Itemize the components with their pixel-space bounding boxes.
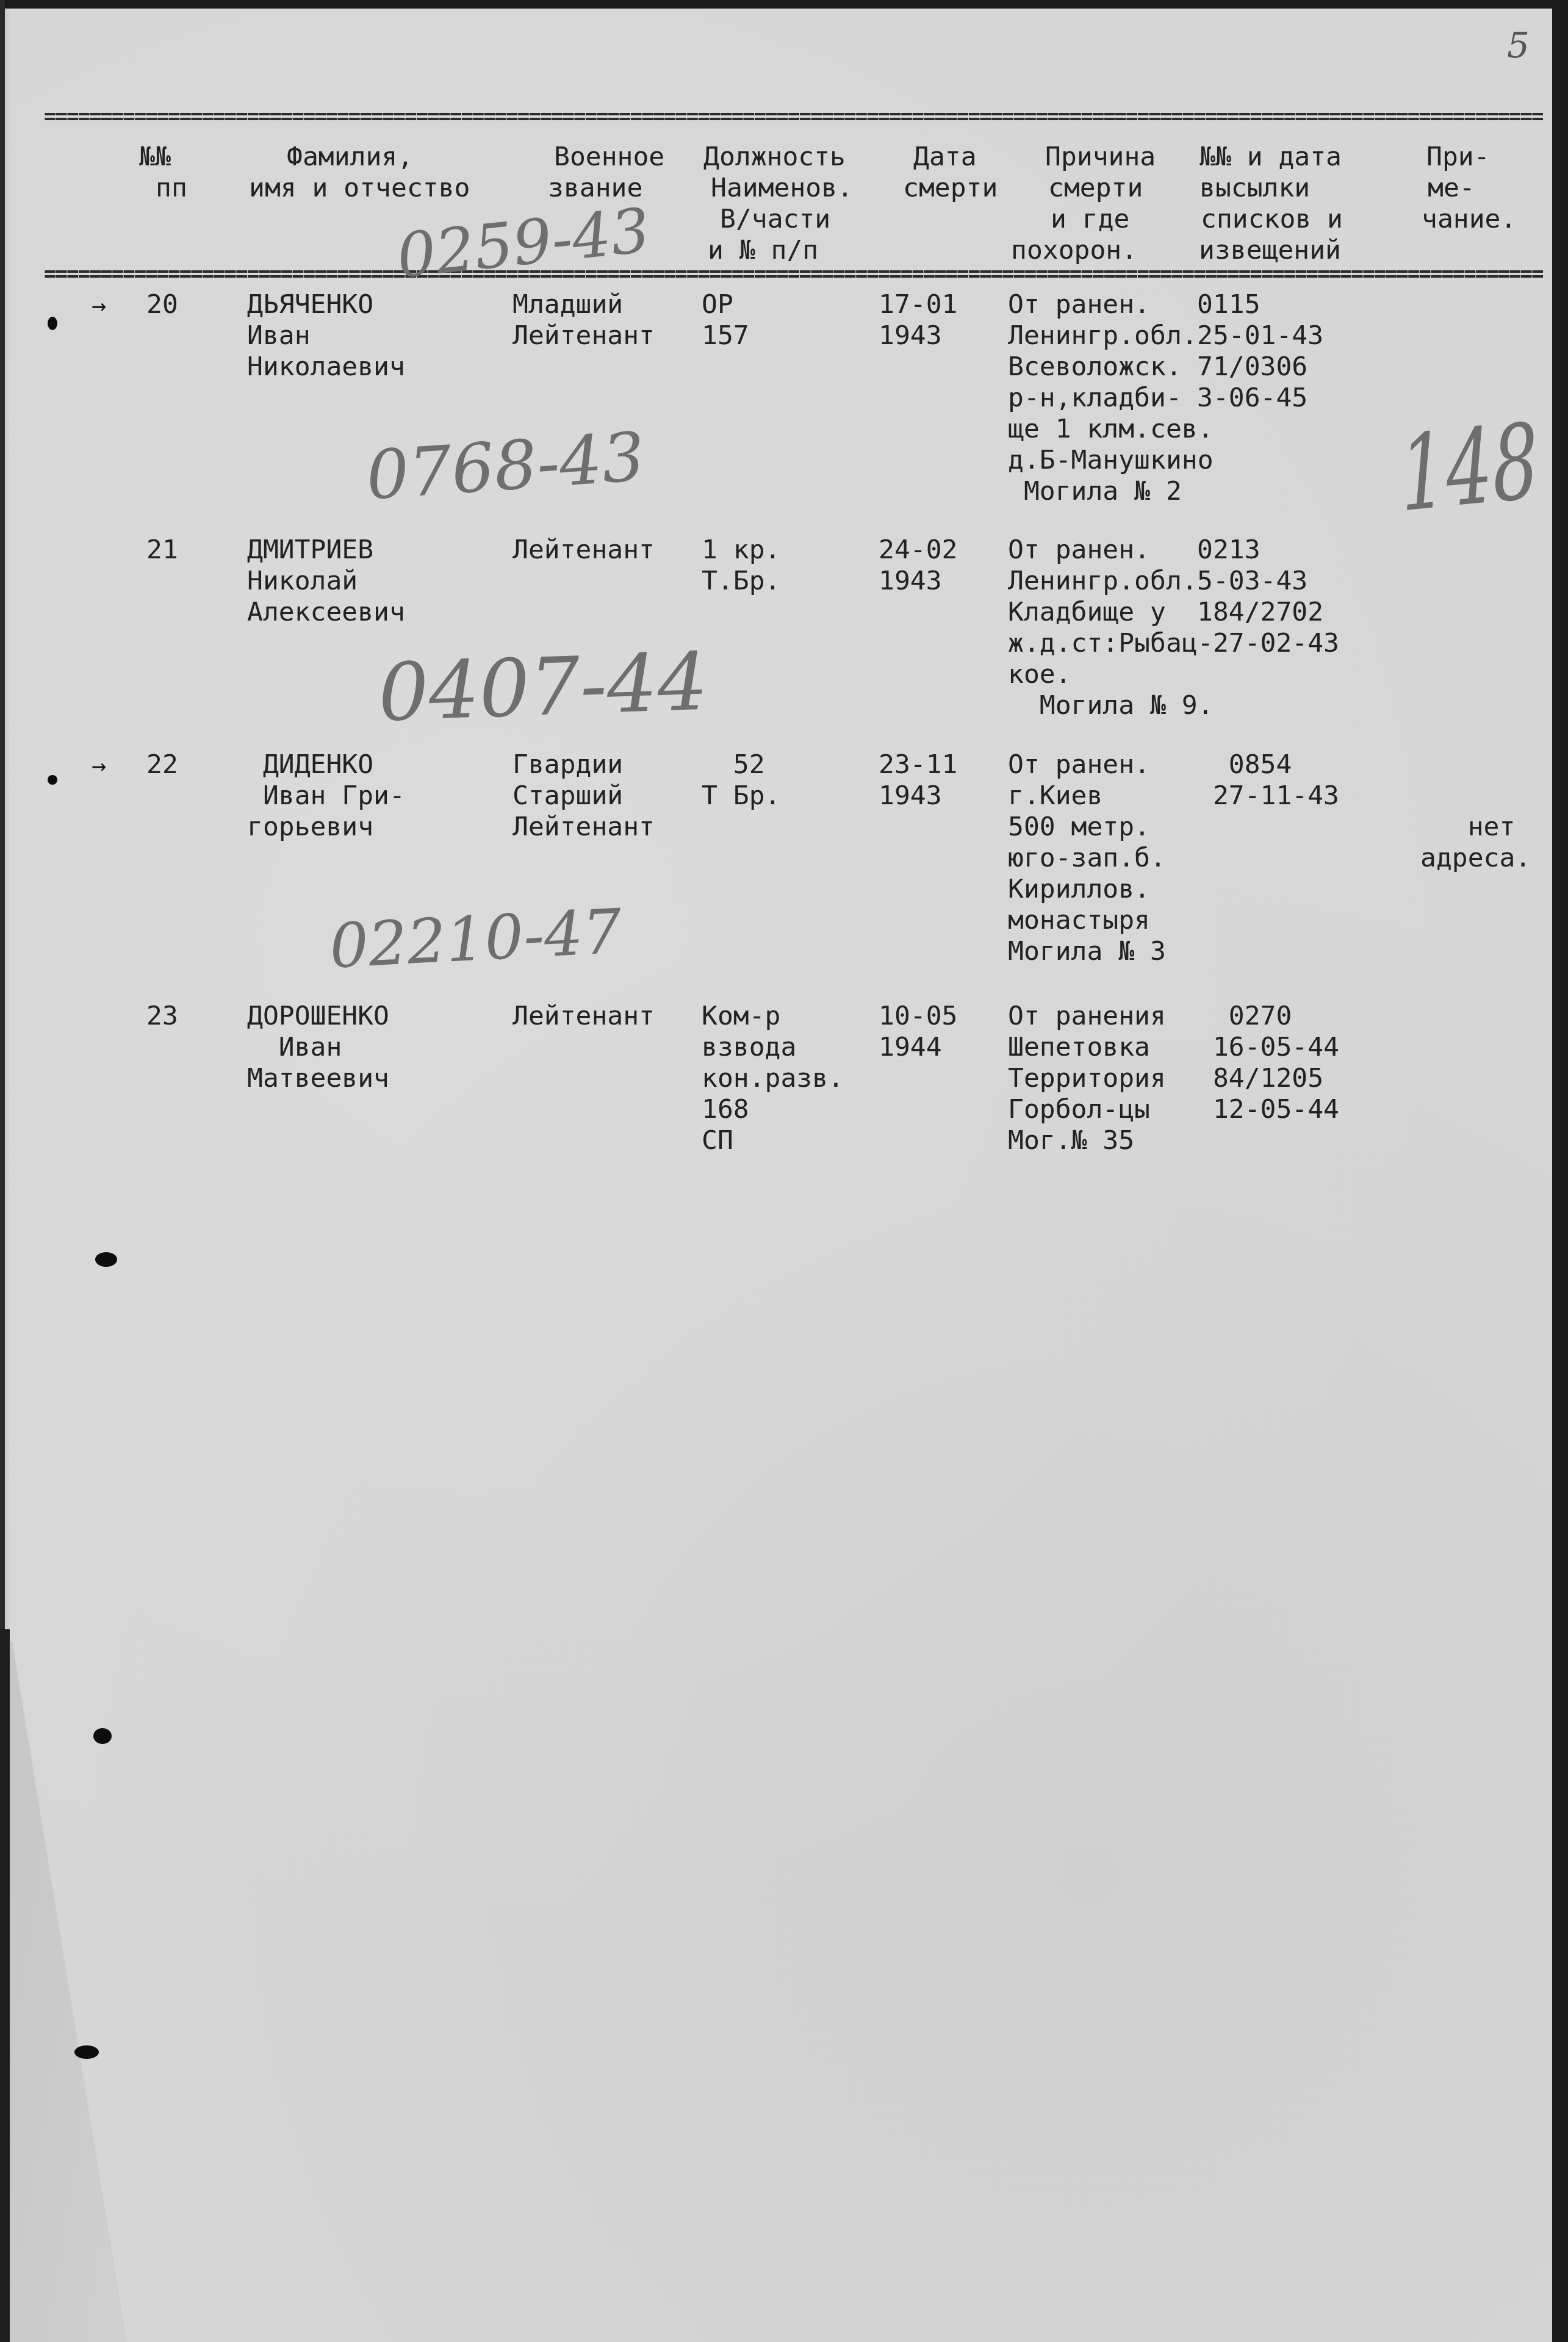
cell-lists: 0213 (1197, 535, 1261, 566)
cell-position: Т.Бр. (702, 566, 780, 597)
cell-cause: Кириллов. (1008, 874, 1150, 905)
header-separator: ========================================… (44, 268, 1544, 279)
cell-name: ДОРОШЕНКО (247, 1001, 389, 1032)
top-separator: ========================================… (44, 111, 1544, 122)
cell-cause: 500 метр. (1008, 812, 1150, 843)
header-cause: Причина (1045, 142, 1156, 173)
cell-cause: От ранения (1008, 1001, 1166, 1032)
header-name: имя и отчество (249, 173, 470, 204)
page-number: 5 (1507, 24, 1530, 66)
cell-position: взвода (702, 1032, 796, 1063)
punch-hole (95, 1252, 117, 1267)
cell-position: Т Бр. (702, 780, 780, 812)
header-cause: похорон. (1011, 235, 1137, 266)
cell-cause: ще 1 клм.сев. (1008, 414, 1214, 445)
cell-cause: От ранен. (1008, 535, 1150, 566)
cell-no: 22 (146, 749, 178, 780)
cell-cause: Территория (1008, 1063, 1166, 1094)
cell-lists: 27-11-43 (1197, 780, 1339, 812)
header-lists: высылки (1199, 173, 1310, 204)
handwritten-record-number: 02210-47 (328, 896, 624, 982)
cell-rank: Лейтенант (512, 535, 655, 566)
cell-position: кон.разв. (702, 1063, 844, 1094)
header-position: Наименов. (711, 173, 853, 204)
cell-death-date: 1944 (879, 1032, 942, 1063)
header-death-date: смерти (903, 173, 998, 204)
cell-position: СП (702, 1125, 733, 1156)
header-lists: №№ и дата (1199, 142, 1342, 173)
cell-name: Николай (247, 566, 358, 597)
arrow-mark-icon: → (92, 752, 106, 780)
cell-death-date: 17-01 (879, 289, 957, 320)
cell-name: ДЬЯЧЕНКО (247, 289, 373, 320)
cell-cause: Кладбище у (1008, 597, 1166, 628)
arrow-mark-icon: → (92, 292, 106, 320)
header-lists: списков и (1201, 204, 1343, 235)
cell-note: нет (1420, 812, 1515, 843)
scan-border-top (0, 0, 1568, 9)
scan-border-right (1552, 0, 1568, 2342)
header-death-date: Дата (913, 142, 977, 173)
cell-position: 52 (702, 749, 765, 780)
cell-cause: юго-зап.б. (1008, 843, 1166, 874)
header-position: и № п/п (708, 235, 818, 266)
cell-rank: Лейтенант (512, 812, 655, 843)
cell-lists: 0854 (1197, 749, 1292, 780)
cell-name: Иван Гри- (247, 780, 405, 812)
cell-no: 21 (146, 535, 178, 566)
cell-lists: 3-06-45 (1197, 383, 1307, 414)
cell-name: ДИДЕНКО (247, 749, 373, 780)
header-no: пп (156, 173, 187, 204)
cell-cause: монастыря (1008, 905, 1150, 936)
cell-name: Алексеевич (247, 597, 405, 628)
cell-death-date: 23-11 (879, 749, 957, 780)
cell-lists: 25-01-43 (1197, 320, 1323, 351)
archive-sheet-number: 148 (1397, 401, 1541, 535)
cell-death-date: 1943 (879, 780, 942, 812)
punch-hole (48, 317, 57, 330)
cell-cause: Мог.№ 35 (1008, 1125, 1134, 1156)
header-no: №№ (139, 142, 171, 173)
cell-death-date: 1943 (879, 566, 942, 597)
cell-death-date: 24-02 (879, 535, 957, 566)
cell-cause: Могила № 2 (1008, 476, 1182, 507)
cell-lists: 12-05-44 (1197, 1094, 1339, 1125)
cell-position: 1 кр. (702, 535, 780, 566)
cell-lists: 16-05-44 (1197, 1032, 1339, 1063)
cell-cause: Ленингр.обл. (1008, 320, 1198, 351)
cell-lists: 71/0306 (1197, 351, 1307, 383)
cell-cause: Ленингр.обл. (1008, 566, 1198, 597)
cell-cause: Могила № 9. (1008, 690, 1214, 721)
cell-rank: Младший (512, 289, 623, 320)
cell-rank: Гвардии (512, 749, 623, 780)
handwritten-record-number: 0407-44 (377, 635, 710, 740)
cell-no: 23 (146, 1001, 178, 1032)
cell-lists: 0270 (1197, 1001, 1292, 1032)
cell-lists: 184/2702 (1197, 597, 1323, 628)
cell-note: адреса. (1420, 843, 1531, 874)
cell-cause: р-н,кладби- (1008, 383, 1182, 414)
cell-lists: 84/1205 (1197, 1063, 1323, 1094)
cell-death-date: 10-05 (879, 1001, 957, 1032)
cell-cause: От ранен. (1008, 289, 1150, 320)
cell-lists: 27-02-43 (1197, 628, 1339, 659)
header-note: ме- (1428, 173, 1475, 204)
cell-rank: Старший (512, 780, 623, 812)
cell-name: Матвеевич (247, 1063, 389, 1094)
header-rank: Военное (554, 142, 664, 173)
punch-hole (93, 1728, 112, 1744)
cell-rank: Лейтенант (512, 1001, 655, 1032)
cell-cause: г.Киев (1008, 780, 1102, 812)
cell-cause: ж.д.ст:Рыбац- (1008, 628, 1214, 659)
cell-cause: кое. (1008, 659, 1071, 690)
cell-position: 168 (702, 1094, 749, 1125)
cell-name: Иван (247, 1032, 342, 1063)
cell-name: ДМИТРИЕВ (247, 535, 373, 566)
header-cause: и где (1051, 204, 1129, 235)
punch-hole (48, 775, 57, 785)
scan-border-left-tab (0, 1629, 10, 2342)
cell-no: 20 (146, 289, 178, 320)
cell-name: Иван (247, 320, 311, 351)
header-position: В/части (720, 204, 830, 235)
header-position: Должность (703, 142, 846, 173)
cell-name: горьевич (247, 812, 373, 843)
punch-hole (74, 2045, 99, 2059)
cell-position: ОР (702, 289, 733, 320)
cell-cause: д.Б-Манушкино (1008, 445, 1214, 476)
cell-death-date: 1943 (879, 320, 942, 351)
cell-rank: Лейтенант (512, 320, 655, 351)
cell-position: 157 (702, 320, 749, 351)
header-cause: смерти (1048, 173, 1143, 204)
archival-document-page (9, 9, 1552, 2342)
cell-name: Николаевич (247, 351, 405, 383)
cell-cause: Горбол-цы (1008, 1094, 1150, 1125)
cell-lists: 5-03-43 (1197, 566, 1307, 597)
header-name: Фамилия, (287, 142, 413, 173)
cell-cause: Всеволожск. (1008, 351, 1182, 383)
cell-position: Ком-р (702, 1001, 780, 1032)
cell-cause: Могила № 3 (1008, 936, 1166, 967)
header-note: чание. (1422, 204, 1516, 235)
cell-cause: Шепетовка (1008, 1032, 1150, 1063)
header-note: При- (1426, 142, 1490, 173)
cell-lists: 0115 (1197, 289, 1261, 320)
cell-cause: От ранен. (1008, 749, 1150, 780)
header-lists: извещений (1199, 235, 1341, 266)
